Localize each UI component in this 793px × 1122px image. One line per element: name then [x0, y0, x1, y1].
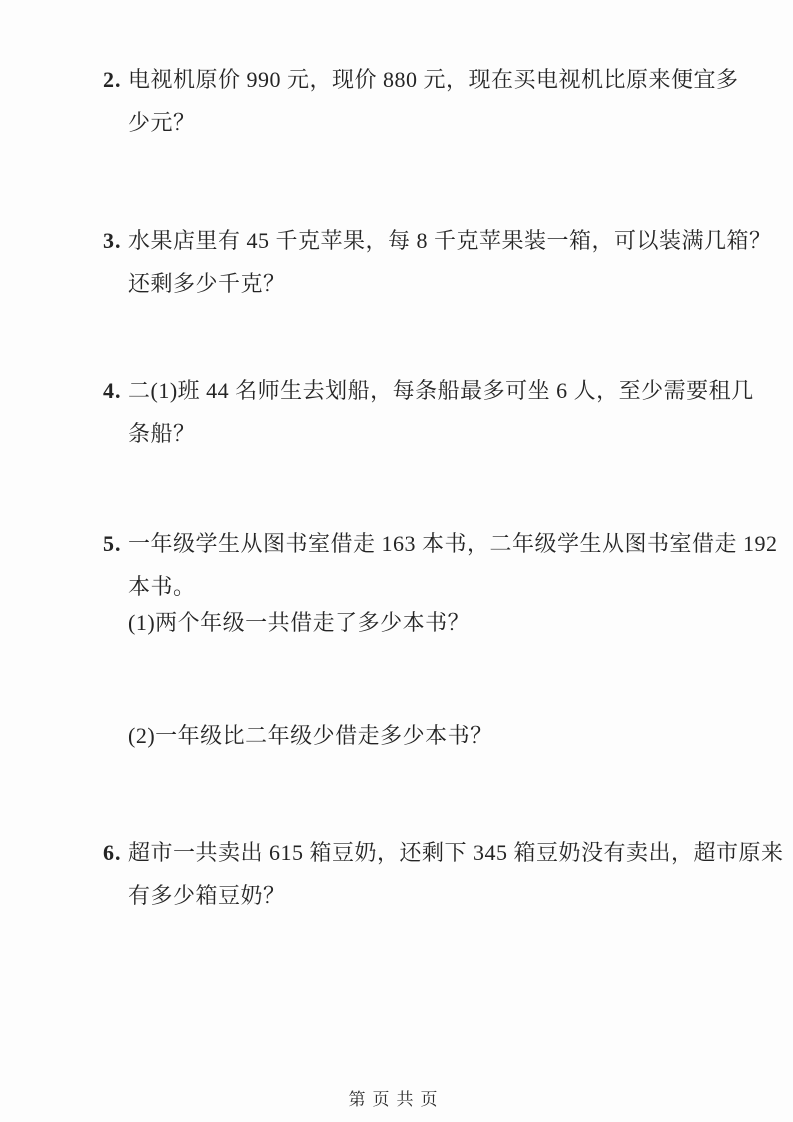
- problem-6: 6. 超市一共卖出 615 箱豆奶，还剩下 345 箱豆奶没有卖出，超市原来 有…: [103, 831, 699, 917]
- problem-text-line: 还剩多少千克？: [128, 262, 699, 305]
- problem-text-line: 少元？: [128, 101, 699, 144]
- problem-5: 5. 一年级学生从图书室借走 163 本书，二年级学生从图书室借走 192 本书…: [103, 522, 699, 608]
- worksheet-page: 2. 电视机原价 990 元，现价 880 元，现在买电视机比原来便宜多 少元？…: [0, 0, 793, 1122]
- problem-text-line: 一年级学生从图书室借走 163 本书，二年级学生从图书室借走 192: [128, 522, 699, 565]
- problem-text-line: 二(1)班 44 名师生去划船，每条船最多可坐 6 人，至少需要租几: [128, 369, 699, 412]
- page-footer: 第页共页: [0, 1085, 793, 1110]
- problem-2: 2. 电视机原价 990 元，现价 880 元，现在买电视机比原来便宜多 少元？: [103, 58, 699, 144]
- problem-5-sub-question-2: (2)一年级比二年级少借走多少本书？: [128, 714, 698, 757]
- problem-text-line: 有多少箱豆奶？: [128, 874, 699, 917]
- problem-3: 3. 水果店里有 45 千克苹果，每 8 千克苹果装一箱，可以装满几箱？ 还剩多…: [103, 219, 699, 305]
- problem-text-line: 条船？: [128, 412, 699, 455]
- problem-4: 4. 二(1)班 44 名师生去划船，每条船最多可坐 6 人，至少需要租几 条船…: [103, 369, 699, 455]
- problem-text-line: 电视机原价 990 元，现价 880 元，现在买电视机比原来便宜多: [128, 58, 699, 101]
- problem-text-line: 超市一共卖出 615 箱豆奶，还剩下 345 箱豆奶没有卖出，超市原来: [128, 831, 699, 874]
- problem-number: 2.: [103, 58, 122, 101]
- problem-text-line: 水果店里有 45 千克苹果，每 8 千克苹果装一箱，可以装满几箱？: [128, 219, 699, 262]
- problem-number: 3.: [103, 219, 122, 262]
- problem-number: 5.: [103, 522, 122, 565]
- problem-number: 4.: [103, 369, 122, 412]
- problem-number: 6.: [103, 831, 122, 874]
- problem-5-sub-question-1: (1)两个年级一共借走了多少本书？: [128, 601, 698, 644]
